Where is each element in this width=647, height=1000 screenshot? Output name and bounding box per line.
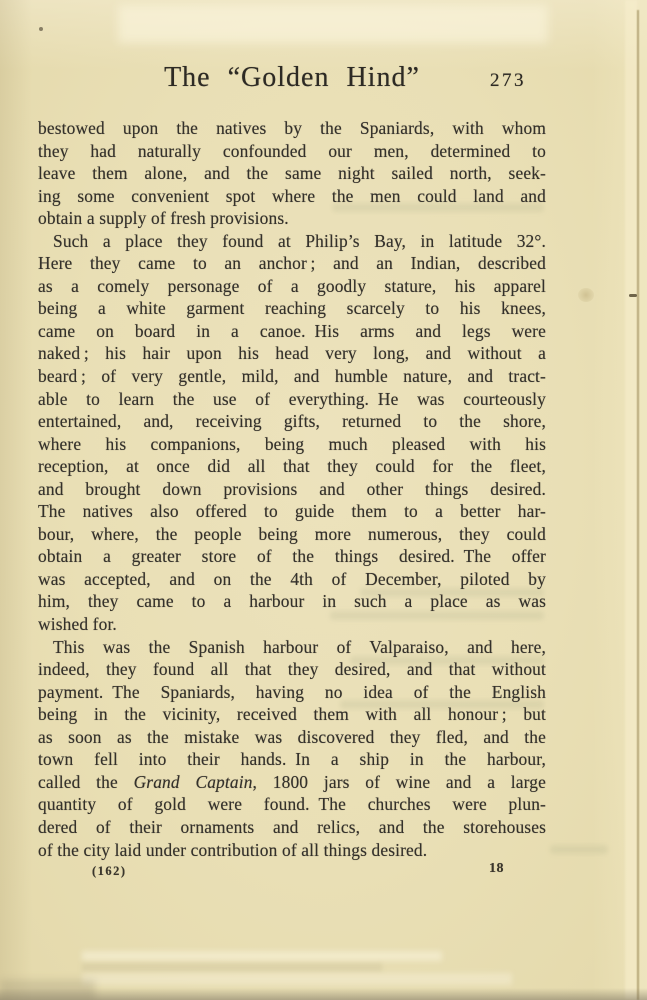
scan-bottom-edge: [0, 988, 647, 1000]
scan-corner-shadow: [0, 980, 95, 1000]
book-page-scan: The “Golden Hind” 273 bestowed upon the …: [0, 0, 647, 1000]
text-line: Such a place they found at Philip’s Bay,…: [38, 230, 546, 253]
text-line: being a white garment reaching scarcely …: [38, 297, 546, 320]
text-line: reception, at once did all that they cou…: [38, 455, 546, 478]
scan-light-streak: [82, 951, 442, 961]
text-line: ing some convenient spot where the men c…: [38, 185, 546, 208]
text-line: and brought down provisions and other th…: [38, 478, 546, 501]
text-line: obtain a greater store of the things des…: [38, 545, 546, 568]
ship-name-italic: Grand Captain: [134, 772, 253, 792]
text-line: indeed, they found all that they desired…: [38, 658, 546, 681]
text-line: being in the vicinity, received them wit…: [38, 703, 546, 726]
text-line-with-ship-name: called the Grand Captain, 1800 jars of w…: [38, 771, 546, 794]
page-edge-highlight: [625, 0, 637, 1000]
text-line: leave them alone, and the same night sai…: [38, 162, 546, 185]
text-line: him, they came to a harbour in such a pl…: [38, 590, 546, 613]
text-line: The natives also offered to guide them t…: [38, 500, 546, 523]
text-line: entertained, and, receiving gifts, retur…: [38, 410, 546, 433]
scan-light-streak: [82, 973, 512, 985]
text-line: This was the Spanish harbour of Valparai…: [38, 636, 546, 659]
text-segment: , 1800 jars of wine and a large: [253, 772, 546, 792]
text-line: obtain a supply of fresh provisions.: [38, 207, 546, 230]
text-line: able to learn the use of everything. He …: [38, 388, 546, 411]
text-line: of the city laid under contribution of a…: [38, 839, 546, 862]
text-line: quantity of gold were found. The churche…: [38, 793, 546, 816]
gathering-number: 18: [489, 861, 504, 877]
page-edge-line: [637, 10, 639, 1000]
text-line: where his companions, being much pleased…: [38, 433, 546, 456]
ink-speck: [39, 27, 43, 31]
paper-smudge: [578, 288, 594, 302]
page-edge-margin: [640, 0, 647, 1000]
ink-dash-mark: [629, 294, 637, 297]
text-line: they had naturally confounded our men, d…: [38, 140, 546, 163]
text-line: beard ; of very gentle, mild, and humble…: [38, 365, 546, 388]
text-segment: called the: [38, 772, 134, 792]
signature-mark: (162): [92, 864, 127, 879]
text-line: dered of their ornaments and relics, and…: [38, 816, 546, 839]
text-line: bestowed upon the natives by the Spaniar…: [38, 117, 546, 140]
text-line: bour, where, the people being more numer…: [38, 523, 546, 546]
text-line: was accepted, and on the 4th of December…: [38, 568, 546, 591]
page-number: 273: [490, 70, 526, 92]
scan-dark-streak: [82, 963, 382, 972]
text-line: wished for.: [38, 613, 546, 636]
bleed-through-text: [550, 845, 608, 854]
text-line: Here they came to an anchor ; and an Ind…: [38, 252, 546, 275]
text-line: came on board in a canoe. His arms and l…: [38, 320, 546, 343]
text-line: as soon as the mistake was discovered th…: [38, 726, 546, 749]
text-line: payment. The Spaniards, having no idea o…: [38, 681, 546, 704]
scan-light-band: [118, 5, 548, 43]
text-block: bestowed upon the natives by the Spaniar…: [38, 117, 546, 861]
text-line: town fell into their hands. In a ship in…: [38, 748, 546, 771]
text-line: as a comely personage of a goodly statur…: [38, 275, 546, 298]
text-line: naked ; his hair upon his head very long…: [38, 342, 546, 365]
